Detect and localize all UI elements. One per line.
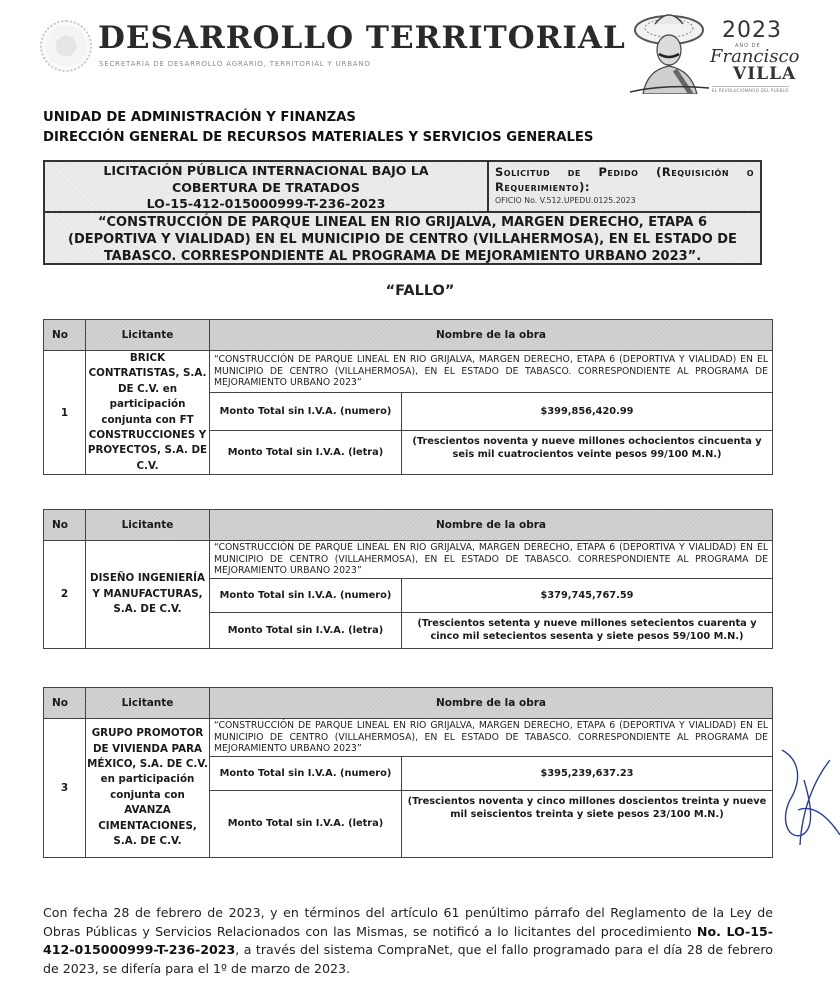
tender-title-line-2: COBERTURA DE TRATADOS (45, 180, 487, 197)
table-header-row: No Licitante Nombre de la obra (44, 320, 773, 351)
work-description: “CONSTRUCCIÓN DE PARQUE LINEAL EN RIO GR… (210, 719, 773, 757)
project-line-1: “CONSTRUCCIÓN DE PARQUE LINEAL EN RIO GR… (45, 214, 760, 231)
header-licitante: Licitante (86, 320, 210, 351)
project-line-2: (DEPORTIVA Y VIALIDAD) EN EL MUNICIPIO D… (45, 231, 760, 248)
logo-year: 2023 (722, 18, 782, 43)
tender-title: LICITACIÓN PÚBLICA INTERNACIONAL BAJO LA… (45, 162, 489, 213)
bid-table: No Licitante Nombre de la obra 2 DISEÑO … (43, 509, 773, 649)
amount-text: (Trescientos noventa y cinco millones do… (402, 790, 773, 857)
agency-title: DESARROLLO TERRITORIAL (98, 20, 626, 56)
project-line-3: TABASCO. CORRESPONDIENTE AL PROGRAMA DE … (45, 248, 760, 265)
tender-number: LO-15-412-015000999-T-236-2023 (45, 196, 487, 213)
amount-text-label: Monto Total sin I.V.A. (letra) (210, 430, 402, 474)
amount-number: $379,745,767.59 (402, 578, 773, 612)
work-description: “CONSTRUCCIÓN DE PARQUE LINEAL EN RIO GR… (210, 351, 773, 393)
amount-number-label: Monto Total sin I.V.A. (numero) (210, 756, 402, 790)
bidder-name: GRUPO PROMOTOR DE VIVIENDA PARA MÉXICO, … (86, 719, 210, 858)
paragraph-text-1: Con fecha 28 de febrero de 2023, y en té… (43, 905, 773, 939)
bid-number: 1 (44, 351, 86, 475)
bid-table: No Licitante Nombre de la obra 1 BRICK C… (43, 319, 773, 475)
mexican-seal-icon (40, 20, 92, 72)
bid-number: 3 (44, 719, 86, 858)
amount-text-label: Monto Total sin I.V.A. (letra) (210, 790, 402, 857)
administrative-unit: UNIDAD DE ADMINISTRACIÓN Y FINANZAS DIRE… (43, 108, 593, 148)
amount-number-label: Monto Total sin I.V.A. (numero) (210, 578, 402, 612)
header-obra: Nombre de la obra (210, 510, 773, 541)
table-row: 3 GRUPO PROMOTOR DE VIVIENDA PARA MÉXICO… (44, 719, 773, 757)
notice-paragraph: Con fecha 28 de febrero de 2023, y en té… (43, 904, 773, 978)
amount-text: (Trescientos noventa y nueve millones oc… (402, 430, 773, 474)
header-obra: Nombre de la obra (210, 688, 773, 719)
request-info: Solicitud de Pedido (Requisición o Reque… (489, 162, 760, 213)
signature-icon (780, 740, 840, 855)
request-title-line-2: Requerimiento): (495, 180, 754, 195)
oficio-number: OFICIO No. V.512.UPEDU.0125.2023 (495, 195, 754, 207)
header-obra: Nombre de la obra (210, 320, 773, 351)
amount-number: $395,239,637.23 (402, 756, 773, 790)
amount-text: (Trescientos setenta y nueve millones se… (402, 612, 773, 648)
table-header-row: No Licitante Nombre de la obra (44, 510, 773, 541)
logo-last-name: VILLA (733, 64, 796, 84)
amount-text-label: Monto Total sin I.V.A. (letra) (210, 612, 402, 648)
fallo-title: “FALLO” (0, 283, 840, 299)
unit-line-1: UNIDAD DE ADMINISTRACIÓN Y FINANZAS (43, 108, 593, 128)
bidder-name: BRICK CONTRATISTAS, S.A. DE C.V. en part… (86, 351, 210, 475)
bid-number: 2 (44, 541, 86, 649)
amount-number: $399,856,420.99 (402, 392, 773, 430)
bidder-name: DISEÑO INGENIERÍA Y MANUFACTURAS, S.A. D… (86, 541, 210, 649)
header-no: No (44, 688, 86, 719)
project-name: “CONSTRUCCIÓN DE PARQUE LINEAL EN RIO GR… (45, 213, 760, 263)
agency-subtitle: SECRETARÍA DE DESARROLLO AGRARIO, TERRIT… (99, 60, 371, 68)
table-header-row: No Licitante Nombre de la obra (44, 688, 773, 719)
tender-info-box: LICITACIÓN PÚBLICA INTERNACIONAL BAJO LA… (43, 160, 762, 265)
header-no: No (44, 510, 86, 541)
header-licitante: Licitante (86, 688, 210, 719)
header-no: No (44, 320, 86, 351)
request-title-line-1: Solicitud de Pedido (Requisición o (495, 165, 754, 180)
header-licitante: Licitante (86, 510, 210, 541)
table-row: 1 BRICK CONTRATISTAS, S.A. DE C.V. en pa… (44, 351, 773, 393)
logo-tagline: EL REVOLUCIONARIO DEL PUEBLO (712, 86, 789, 93)
unit-line-2: DIRECCIÓN GENERAL DE RECURSOS MATERIALES… (43, 128, 593, 148)
tender-title-line-1: LICITACIÓN PÚBLICA INTERNACIONAL BAJO LA (45, 163, 487, 180)
table-row: 2 DISEÑO INGENIERÍA Y MANUFACTURAS, S.A.… (44, 541, 773, 579)
francisco-villa-portrait-icon (625, 8, 710, 94)
work-description: “CONSTRUCCIÓN DE PARQUE LINEAL EN RIO GR… (210, 541, 773, 579)
bid-table: No Licitante Nombre de la obra 3 GRUPO P… (43, 687, 773, 858)
amount-number-label: Monto Total sin I.V.A. (numero) (210, 392, 402, 430)
